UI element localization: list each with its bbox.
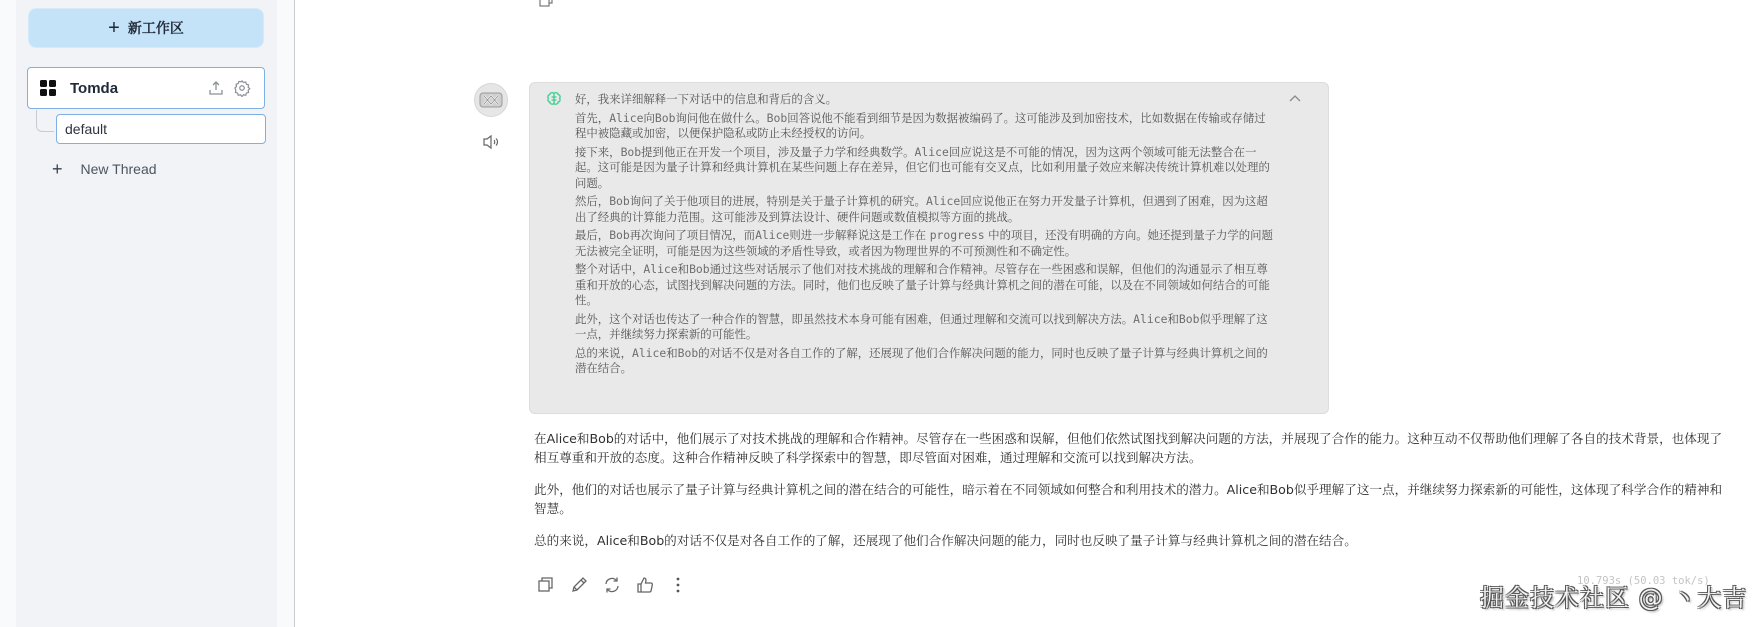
upload-icon[interactable]: [206, 78, 226, 98]
copy-icon: [537, 576, 555, 594]
workspace-name: Tomda: [70, 80, 200, 97]
thinking-paragraph: 最后，Bob再次询问了项目情况，而Alice则进一步解释说这是工作在 progr…: [575, 228, 1275, 259]
app-root: + 新工作区 Tomda default + New Thread: [0, 0, 1760, 627]
assistant-avatar: [474, 83, 508, 117]
thinking-paragraph: 整个对话中，Alice和Bob通过这些对话展示了他们对技术挑战的理解和合作精神。…: [575, 262, 1275, 309]
thinking-paragraph: 总的来说，Alice和Bob的对话不仅是对各自工作的了解，还展现了他们合作解决问…: [575, 346, 1275, 377]
thread-label: default: [65, 121, 107, 137]
refresh-icon: [603, 576, 621, 594]
thinking-paragraph: 然后，Bob询问了关于他项目的进展，特别是关于量子计算机的研究。Alice回应说…: [575, 194, 1275, 225]
edit-button[interactable]: [568, 574, 590, 596]
more-button[interactable]: [667, 574, 689, 596]
gear-icon[interactable]: [232, 78, 252, 98]
answer-paragraph: 此外，他们的对话也展示了量子计算与经典计算机之间的潜在结合的可能性，暗示着在不同…: [534, 480, 1724, 518]
thinking-panel: 好，我来详细解释一下对话中的信息和背后的含义。 首先，Alice向Bob询问他在…: [529, 82, 1329, 414]
workspace-grid-icon: [40, 80, 56, 96]
workspace-item[interactable]: Tomda: [27, 67, 265, 109]
assistant-answer: 在Alice和Bob的对话中，他们展示了对技术挑战的理解和合作精神。尽管存在一些…: [534, 429, 1724, 563]
answer-paragraph: 在Alice和Bob的对话中，他们展示了对技术挑战的理解和合作精神。尽管存在一些…: [534, 429, 1724, 467]
thumbs-up-button[interactable]: [634, 574, 656, 596]
watermark: 掘金技术社区 @ 丶大吉: [1480, 578, 1747, 613]
thread-item-default[interactable]: default: [56, 114, 266, 144]
infinity-logo-icon: [479, 92, 503, 108]
more-vertical-icon: [669, 576, 687, 594]
thumbs-up-icon: [636, 576, 654, 594]
thinking-paragraph: 接下来，Bob提到他正在开发一个项目，涉及量子力学和经典数学。Alice回应说这…: [575, 145, 1275, 192]
speaker-icon[interactable]: [482, 134, 502, 150]
new-thread-label: New Thread: [81, 161, 157, 177]
answer-paragraph: 总的来说，Alice和Bob的对话不仅是对各自工作的了解，还展现了他们合作解决问…: [534, 531, 1724, 550]
thinking-intro: 好，我来详细解释一下对话中的信息和背后的含义。: [575, 92, 1275, 108]
regenerate-button[interactable]: [601, 574, 623, 596]
plus-icon: +: [108, 18, 120, 38]
new-workspace-button[interactable]: + 新工作区: [28, 8, 264, 48]
thinking-text: 好，我来详细解释一下对话中的信息和背后的含义。 首先，Alice向Bob询问他在…: [575, 92, 1275, 380]
thread-tree-connector: [36, 110, 54, 132]
thinking-paragraphs: 首先，Alice向Bob询问他在做什么。Bob回答说他不能看到细节是因为数据被编…: [575, 111, 1275, 377]
pencil-icon: [570, 576, 588, 594]
thinking-paragraph: 首先，Alice向Bob询问他在做什么。Bob回答说他不能看到细节是因为数据被编…: [575, 111, 1275, 142]
thinking-paragraph: 此外，这个对话也传达了一种合作的智慧，即虽然技术本身可能有困难，但通过理解和交流…: [575, 312, 1275, 343]
new-thread-button[interactable]: + New Thread: [52, 160, 157, 178]
message-actions: [535, 574, 700, 596]
plus-icon: +: [52, 160, 63, 178]
chevron-up-icon[interactable]: [1288, 91, 1302, 101]
copy-icon[interactable]: [538, 0, 554, 8]
new-workspace-label: 新工作区: [128, 18, 184, 38]
copy-button[interactable]: [535, 574, 557, 596]
brain-icon: [546, 91, 562, 107]
